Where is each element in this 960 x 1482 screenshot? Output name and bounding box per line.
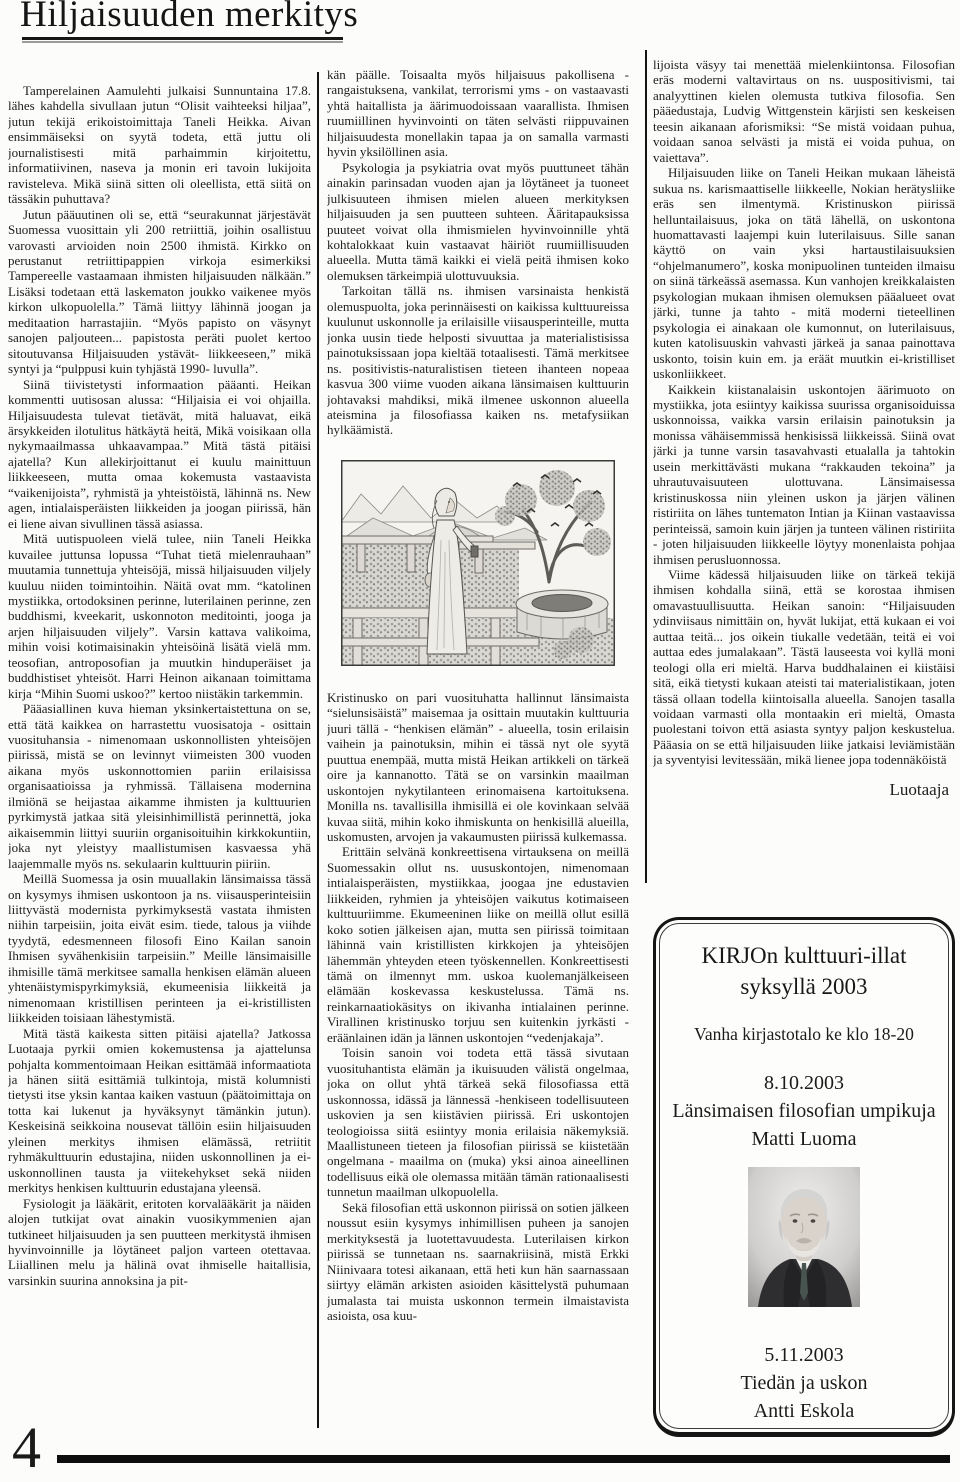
sidebar-event-box: KIRJOn kulttuuri-illat syksyllä 2003 Van… (653, 917, 955, 1437)
paragraph: Mitä tästä kaikesta sitten pitäisi ajate… (8, 1026, 311, 1196)
article-column-1: Tamperelainen Aamulehti julkaisi Sunnunt… (8, 83, 311, 1437)
paragraph: lijoista väsyy tai menettää mielenkiinto… (653, 57, 955, 165)
paragraph: Meillä Suomessa ja osin muuallakin länsi… (8, 871, 311, 1026)
event-date: 8.10.2003 (672, 1069, 935, 1097)
article-column-3: lijoista väsyy tai menettää mielenkiinto… (653, 57, 955, 892)
paragraph: Toisin sanoin voi todeta että tässä sivu… (327, 1045, 629, 1200)
event-topic: Länsimaisen filosofian umpikuja (672, 1097, 935, 1125)
article-column-2: kän päälle. Toisaalta myös hiljaisuus pa… (327, 67, 629, 1431)
speaker-photo (748, 1167, 860, 1307)
title-rule (22, 37, 343, 40)
paragraph: Kristinusko on pari vuosituhatta hallinn… (327, 690, 629, 845)
footer-rule (57, 1455, 950, 1463)
paragraph: Hiljaisuuden liike on Taneli Heikan muka… (653, 165, 955, 381)
event-box-title: KIRJOn kulttuuri-illat syksyllä 2003 (701, 940, 906, 1002)
paragraph: Viime kädessä hiljaisuuden liike on tärk… (653, 567, 955, 768)
paragraph: Tamperelainen Aamulehti julkaisi Sunnunt… (8, 83, 311, 207)
event-box-title-line1: KIRJOn kulttuuri-illat (701, 940, 906, 971)
event-speaker: Matti Luoma (672, 1125, 935, 1153)
event-venue: Vanha kirjastotalo ke klo 18-20 (694, 1024, 914, 1045)
event-box-inner-border: KIRJOn kulttuuri-illat syksyllä 2003 Van… (659, 923, 949, 1429)
article-illustration (341, 460, 615, 666)
event-item: 5.11.2003 Tiedän ja uskon Antti Eskola (740, 1341, 867, 1425)
paragraph: kän päälle. Toisaalta myös hiljaisuus pa… (327, 67, 629, 160)
page-number: 4 (12, 1414, 41, 1481)
paragraph: Erittäin selvänä konkreettisena virtauks… (327, 844, 629, 1045)
paragraph: Psykologia ja psykiatria ovat myös puutt… (327, 160, 629, 284)
event-date: 5.11.2003 (740, 1341, 867, 1369)
event-box-title-line2: syksyllä 2003 (701, 971, 906, 1002)
paragraph: Kaikkein kiistanalaisin uskontojen äärim… (653, 382, 955, 567)
column-divider-1 (317, 72, 319, 1428)
paragraph: Mitä uutispuoleen vielä tulee, niin Tane… (8, 531, 311, 701)
author-signature: Luotaaja (653, 782, 955, 797)
paragraph: Jutun pääuutinen oli se, että “seurakunn… (8, 207, 311, 377)
event-topic: Tiedän ja uskon (740, 1369, 867, 1397)
event-speaker: Antti Eskola (740, 1397, 867, 1425)
column-divider-2 (645, 50, 647, 883)
event-item: 8.10.2003 Länsimaisen filosofian umpikuj… (672, 1069, 935, 1153)
paragraph: Pääasiallinen kuva hieman yksinkertaiste… (8, 701, 311, 871)
paragraph: Fysiologit ja lääkärit, eritoten korvalä… (8, 1196, 311, 1289)
paragraph: Sekä filosofian että uskonnon piirissä o… (327, 1200, 629, 1324)
title-rule-shadow (22, 41, 343, 43)
paragraph: Siinä tiivistetysti informaation pääanti… (8, 377, 311, 532)
page-title: Hiljaisuuden merkitys (20, 0, 358, 36)
paragraph: Tarkoitan tällä ns. ihmisen varsinaista … (327, 283, 629, 438)
